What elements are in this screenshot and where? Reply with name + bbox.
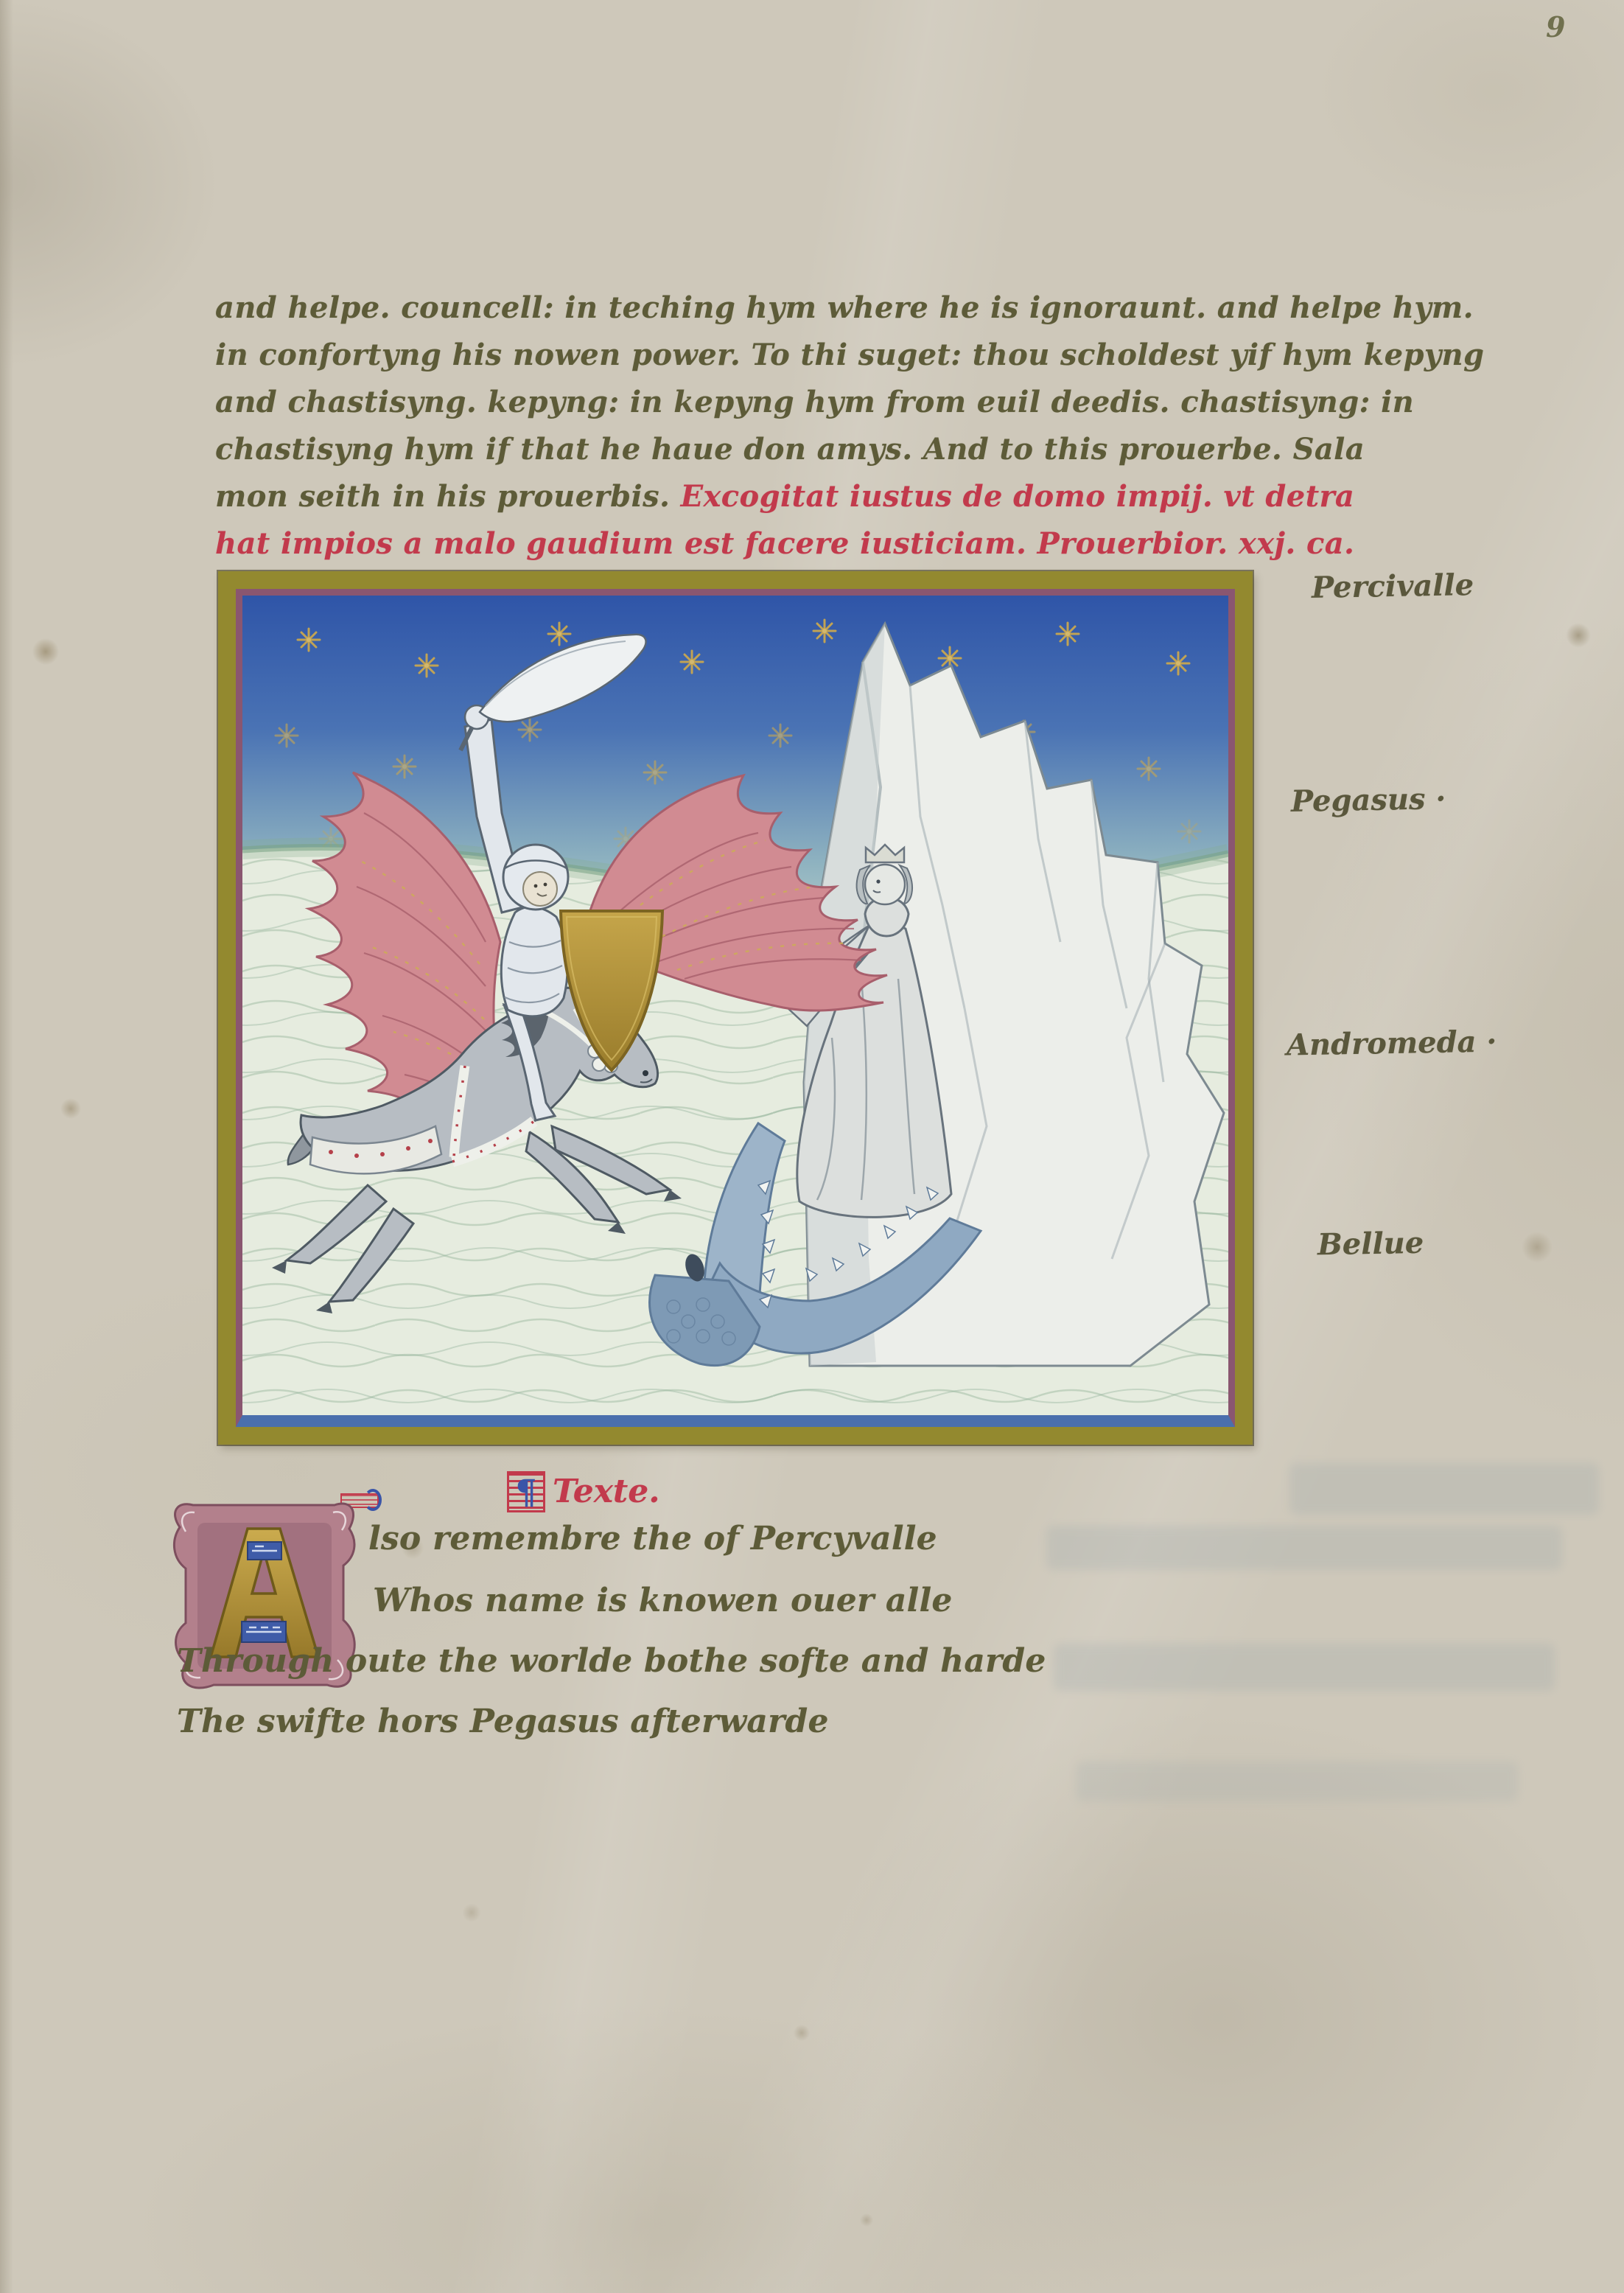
paraph-mark-icon: ¶ (515, 1475, 536, 1509)
prose-line-olive: mon seith in his prouerbis. (215, 479, 681, 514)
miniature-frame (218, 571, 1253, 1445)
verse-line-4: The swifte hors Pegasus afterwarde (177, 1703, 829, 1740)
miniature-scene (242, 596, 1228, 1415)
latin-quotation: hat impios a malo gaudium est facere ius… (215, 520, 1320, 568)
line-filler-flourish (364, 1489, 382, 1511)
verse-line-1: lso remembre the of Percyvalle (368, 1520, 937, 1557)
margin-note-percivalle: Percivalle (1312, 568, 1474, 605)
margin-note-pegasus: Pegasus · (1291, 781, 1446, 819)
verso-showthrough (1076, 1762, 1518, 1801)
prose-line: and chastisyng. kepyng: in kepyng hym fr… (215, 379, 1320, 426)
prose-line: chastisyng hym if that he haue don amys.… (215, 426, 1320, 473)
latin-quotation: Excogitat iustus de domo impij. vt detra (681, 479, 1355, 514)
paraph-box: ¶ (507, 1471, 545, 1512)
prose-gloss-block: and helpe. councell: in teching hym wher… (215, 285, 1320, 568)
verse-line-2: Whos name is knowen ouer alle (373, 1582, 953, 1619)
verse-line-3: Through oute the worlde bothe softe and … (177, 1642, 1046, 1680)
texte-rubric: ¶ Texte. (507, 1471, 660, 1512)
margin-note-bellua: Bellue (1317, 1226, 1424, 1263)
initial-letter: A (264, 1496, 265, 1497)
prose-line: in confortyng his nowen power. To thi su… (215, 332, 1320, 379)
verso-showthrough (1046, 1526, 1562, 1570)
manuscript-page: { "page": { "number": "9" }, "prose": { … (0, 0, 1624, 2293)
prose-line: and helpe. councell: in teching hym wher… (215, 285, 1320, 332)
rubric-label: Texte. (553, 1473, 660, 1510)
verso-showthrough (1289, 1463, 1599, 1515)
verso-showthrough (1054, 1644, 1555, 1691)
margin-note-andromeda: Andromeda · (1287, 1025, 1497, 1063)
miniature-inner-border (236, 589, 1235, 1427)
folio-number: 9 (1546, 10, 1565, 43)
prose-line: mon seith in his prouerbis. Excogitat iu… (215, 473, 1320, 520)
